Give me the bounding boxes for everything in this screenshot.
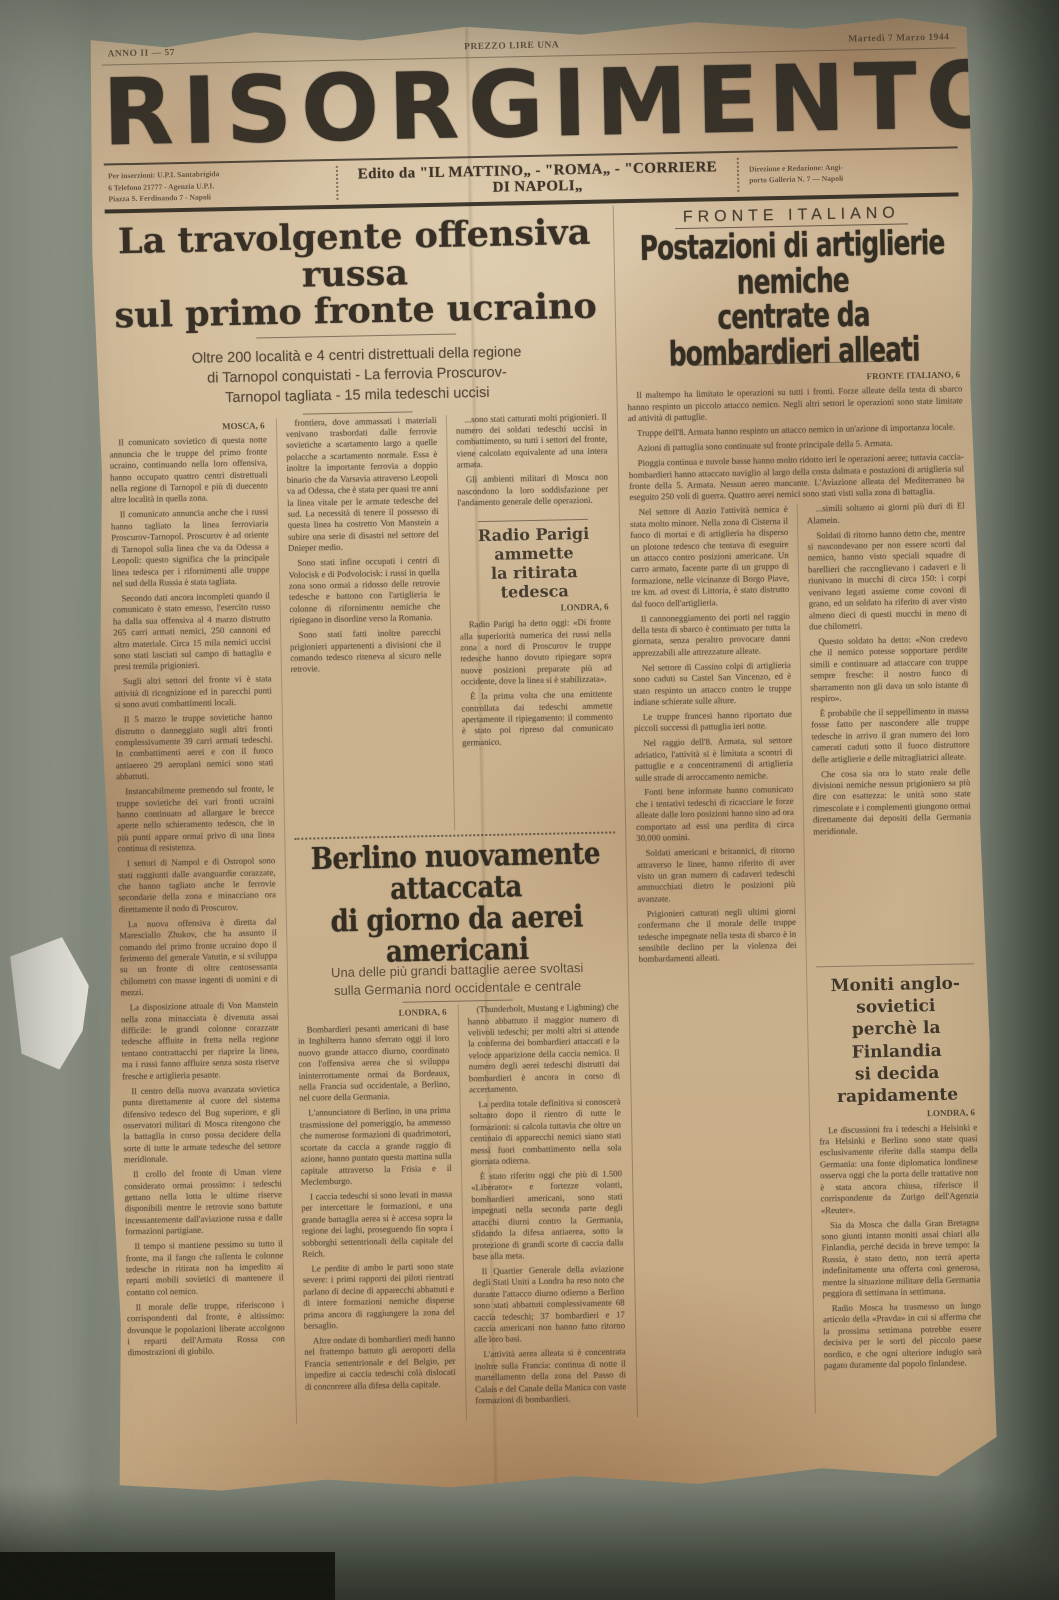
text-line: Soldati di ritorno hanno detto che, ment…	[807, 527, 967, 633]
text-line: frontiera, dove ammassati i materiali ve…	[285, 414, 439, 554]
text-line: Questo soldato ha detto: «Non credevo ch…	[809, 633, 968, 705]
lead-headline: La travolgente offensiva russasul primo …	[105, 214, 605, 335]
column-b: frontiera, dove ammassati i materiali ve…	[285, 414, 445, 833]
rule	[303, 411, 413, 414]
masthead-title: RISORGIMENTO	[102, 48, 958, 166]
text-line: I caccia tedeschi si sono levati in mass…	[301, 1189, 454, 1261]
newspaper-page: ANNO II — 57 PREZZO LIRE UNA Martedì 7 M…	[86, 15, 999, 1498]
text-line: Pioggia continua e nuvole basse hanno mo…	[629, 451, 965, 503]
fronte-text-d: Nel settore di Anzio l'attività nemica è…	[630, 504, 797, 966]
dateline-londra: LONDRA, 6	[461, 602, 608, 616]
text-line: Nel raggio dell'8. Armata, sul settore a…	[634, 735, 793, 784]
text-line: Le discussioni fra i tedeschi a Helsinki…	[819, 1122, 979, 1217]
column-e: ...simili soltanto ai giorni più duri di…	[797, 501, 983, 1414]
page-body: La travolgente offensiva russasul primo …	[105, 199, 983, 1428]
fronte-headline: Postazioni di artiglierie nemichecentrat…	[634, 226, 952, 373]
lead-text-b: frontiera, dove ammassati i materiali ve…	[285, 414, 441, 675]
text-line: Soldati americani e britannici, di ritor…	[636, 845, 795, 905]
text-line: sul primo fronte ucraino	[106, 288, 605, 335]
column-d: Nel settore di Anzio l'attività nemica è…	[630, 504, 806, 1417]
berlino-column-right: (Thunderbolt, Mustang e Lightning) che h…	[457, 1002, 626, 1421]
text-line: Gli ambienti militari di Mosca non nasco…	[457, 472, 609, 509]
berlino-columns: LONDRA, 6 Bombardieri pesanti americani …	[297, 1002, 627, 1425]
middle-subsection: frontiera, dove ammassati i materiali ve…	[275, 411, 626, 1424]
text-line: Fonti bene informate hanno comunicato ch…	[635, 784, 794, 844]
berlino-headline: Berlino nuovamente attaccatadi giorno da…	[299, 838, 613, 970]
text-line: ...sono stati catturati molti prigionier…	[456, 411, 608, 471]
shadow-corner	[0, 1552, 335, 1600]
text-line: Postazioni di artiglierie nemiche	[634, 226, 950, 303]
berlino-text-right: (Thunderbolt, Mustang e Lightning) che h…	[467, 1002, 626, 1407]
text-line: Sono stati infine occupati i centri di V…	[288, 555, 441, 627]
editorial-address: Direzione e Redazione: Angi-porto Galler…	[749, 159, 954, 186]
dateline-mosca: MOSCA, 6	[111, 420, 265, 434]
text-line: Radio Parigi ammette	[458, 523, 610, 564]
text-line: Il tempo si mantiene pessimo su tutto il…	[125, 1238, 284, 1298]
text-line: Il crollo del fronte di Uman viene consi…	[124, 1166, 283, 1238]
text-line: Sugli altri settori del fronte vi è stat…	[114, 674, 272, 711]
column-c: ...sono stati catturati molti prigionier…	[446, 411, 615, 830]
moniti-article: Moniti anglo-sovieticiperchè la Finlandi…	[816, 964, 982, 1376]
text-line: perchè la Finlandia	[817, 1017, 976, 1064]
text-line: Sia da Mosca che dalla Gran Bretagna son…	[821, 1217, 981, 1300]
text-line: centrate da bombardieri alleati	[636, 297, 952, 374]
publisher-line: Edito da "IL MATTINO„ - "ROMA„ - "CORRIE…	[348, 159, 728, 200]
text-line: La perdita totale definitiva si conoscer…	[469, 1096, 622, 1168]
text-line: Prigionieri catturati negli ultimi giorn…	[638, 905, 797, 965]
radio-parigi-text: Radio Parigi ha detto oggi: «Di fronte a…	[460, 617, 614, 749]
text-line: L'annunciatore di Berlino, in una prima …	[299, 1105, 452, 1188]
text-line: Moniti anglo-sovietici	[816, 973, 975, 1020]
rule	[478, 518, 588, 521]
rule	[403, 1000, 513, 1003]
text-line: Instancabilmente premendo sul fronte, le…	[116, 783, 275, 855]
text-line: L'attività aerea alleata si è concentrat…	[474, 1347, 626, 1407]
text-line: La nuova offensiva è diretta dal Maresci…	[119, 916, 278, 999]
berlino-article: Berlino nuovamente attaccatadi giorno da…	[294, 831, 619, 1008]
text-line: Il centro della nuova avanzata sovietica…	[122, 1083, 281, 1166]
text-line: È la prima volta che una emittente contr…	[461, 689, 613, 749]
divider	[336, 166, 339, 200]
moniti-text: Le discussioni fra i tedeschi a Helsinki…	[819, 1122, 982, 1372]
text-line: I settori di Nampol e di Ostropol sono s…	[118, 855, 277, 915]
right-section: FRONTE ITALIANO Postazioni di artiglieri…	[613, 199, 983, 1418]
text-line: Nel settore di Anzio l'attività nemica è…	[630, 504, 790, 610]
column-a: MOSCA, 6 Il comunicato sovietico di ques…	[109, 418, 287, 1428]
text-line: la ritirata tedesca	[459, 561, 611, 602]
text-line: Altre ondate di bombardieri medi hanno n…	[304, 1333, 456, 1393]
fronte-columns: Nel settore di Anzio l'attività nemica è…	[630, 501, 983, 1418]
table-surface-left	[0, 0, 92, 1600]
lead-text-a: Il comunicato sovietico di questa notte …	[109, 435, 285, 1359]
text-line: Secondo dati ancora incompleti quando il…	[112, 590, 271, 673]
moniti-headline: Moniti anglo-sovieticiperchè la Finlandi…	[816, 973, 977, 1109]
text-line: Il cannoneggiamento dei porti nel raggio…	[632, 610, 791, 659]
text-line: Il morale delle truppe, riferiscono i co…	[127, 1299, 286, 1359]
lead-text-c: ...sono stati catturati molti prigionier…	[456, 411, 609, 518]
fronte-intro: FRONTE ITALIANO, 6 Il maltempo ha limita…	[627, 367, 965, 507]
text-line: Il comunicato annuncia anche che i russi…	[111, 507, 270, 590]
fronte-intro-text: Il maltempo ha limitato le operazioni su…	[627, 384, 964, 504]
text-line: Che cosa sia ora lo stato reale delle di…	[812, 766, 971, 838]
divider	[737, 158, 740, 192]
text-line: (Thunderbolt, Mustang e Lightning) che h…	[467, 1002, 620, 1096]
left-section: La travolgente offensiva russasul primo …	[105, 206, 627, 1428]
text-line: Le perdite di ambo le parti sono state s…	[302, 1261, 455, 1333]
text-line: Nel settore di Cassino colpi di artiglie…	[633, 660, 792, 709]
text-line: Radio Parigi ha detto oggi: «Di fronte a…	[460, 617, 613, 689]
text-line: si decida rapidamente	[818, 1061, 977, 1108]
photo-of-newspaper: { "topbar": { "anno": "ANNO II — 57", "p…	[0, 0, 1059, 1600]
text-line: di giorno da aerei americani	[300, 901, 613, 970]
text-line: Sono stati fatti inoltre parecchi prigio…	[290, 627, 442, 676]
text-line: ...simili soltanto ai giorni più duri di…	[807, 501, 965, 527]
berlino-text-left: Bombardieri pesanti americani di base in…	[298, 1022, 457, 1393]
text-line: Radio Mosca ha trasmesso un lungo artico…	[823, 1300, 982, 1372]
lead-continuation: frontiera, dove ammassati i materiali ve…	[285, 411, 615, 834]
fronte-text-e: ...simili soltanto ai giorni più duri di…	[807, 501, 974, 964]
text-line: Bombardieri pesanti americani di base in…	[298, 1022, 451, 1105]
berlino-column-left: LONDRA, 6 Bombardieri pesanti americani …	[297, 1005, 457, 1424]
text-line: Il maltempo ha limitato le operazioni su…	[627, 384, 963, 425]
radio-parigi-headline: Radio Parigi ammettela ritirata tedesca	[458, 523, 611, 603]
text-line: La disposizione attuale di Von Manstein …	[121, 999, 280, 1082]
text-line: Il 5 marzo le truppe sovietiche hanno di…	[115, 711, 274, 783]
text-line: Berlino nuovamente attaccata	[299, 838, 612, 907]
dateline-londra: LONDRA, 6	[299, 1007, 446, 1021]
text-line: È probabile che il seppellimento in mass…	[811, 705, 970, 765]
advertising-info: Per inserzioni: U.P.I. Santabrigida6 Tel…	[108, 166, 327, 205]
text-line: Il comunicato sovietico di questa notte …	[109, 435, 268, 507]
dateline-londra: LONDRA, 6	[821, 1107, 975, 1121]
text-line: È stato riferito oggi che più di 1.500 «…	[471, 1168, 624, 1262]
text-line: La travolgente offensiva russa	[105, 214, 604, 298]
lead-subhead: Oltre 200 località e 4 centri distrettua…	[121, 340, 592, 409]
rule	[256, 333, 456, 338]
text-line: Il Quartier Generale della aviazione deg…	[473, 1263, 626, 1346]
text-line: Le truppe francesi hanno riportato due p…	[634, 709, 792, 735]
lead-columns: MOSCA, 6 Il comunicato sovietico di ques…	[109, 411, 627, 1428]
